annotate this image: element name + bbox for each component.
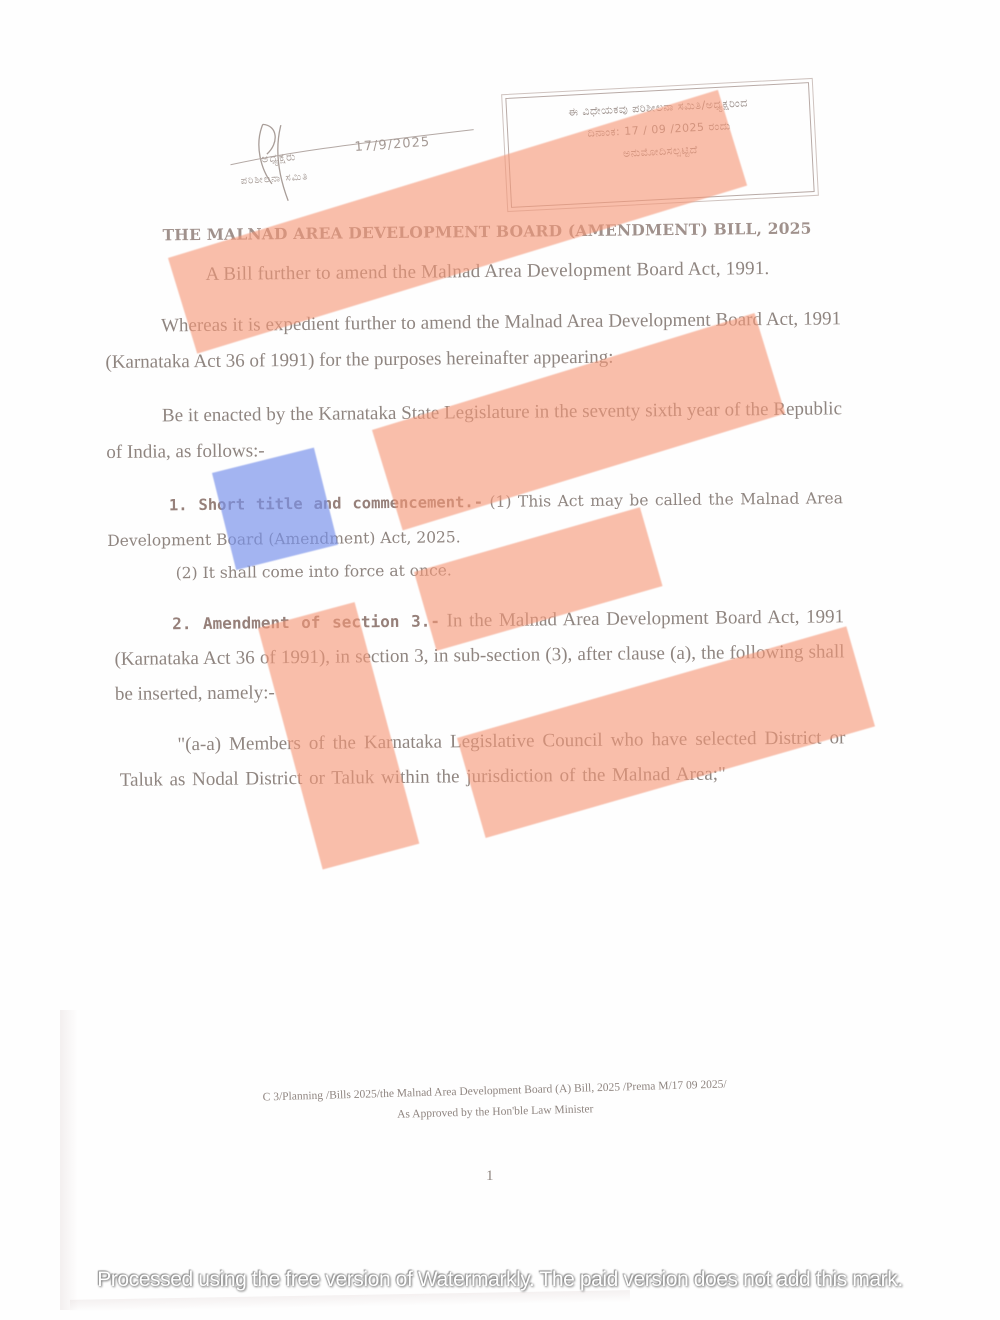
scan-shadow-bottom — [70, 1290, 630, 1312]
footer: C 3/Planning /Bills 2025/the Malnad Area… — [170, 1073, 821, 1131]
scan-shadow-edge — [60, 1010, 78, 1310]
watermark-text: Processed using the free version of Wate… — [0, 1268, 1000, 1292]
page-number: 1 — [486, 1168, 494, 1185]
document-page: ಅಧ್ಯಕ್ಷರು 17/9/2025 ಪರಿಶೀಲನಾ ಸಮಿತಿ ಈ ವಿಧ… — [0, 0, 1000, 1320]
signature-name: ಅಧ್ಯಕ್ಷರು — [261, 150, 297, 166]
